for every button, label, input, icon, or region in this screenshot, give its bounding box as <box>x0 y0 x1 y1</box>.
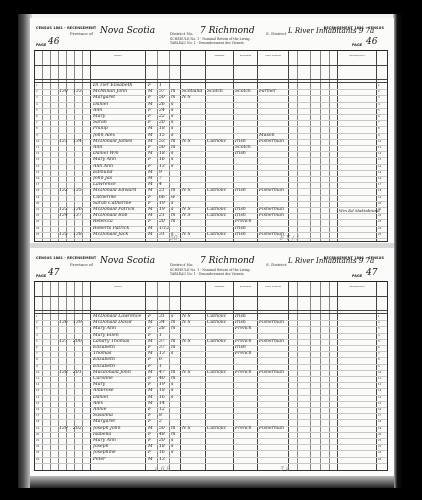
sex-cell: F <box>148 201 157 207</box>
age-cell: 1/12 <box>159 226 169 232</box>
sex-cell: F <box>148 432 157 438</box>
family-number-cell: 137 <box>73 213 85 219</box>
person-name-cell: Rebecca <box>93 219 145 225</box>
row-number: 17 <box>378 413 381 419</box>
row-number: 20 <box>378 432 381 438</box>
sex-cell: F <box>148 376 157 382</box>
sex-cell: F <box>148 450 157 456</box>
person-name-cell: Isabella <box>93 432 145 438</box>
row-number-left: 24 <box>36 457 39 463</box>
row-number: 9 <box>378 133 380 139</box>
province-value: Nova Scotia <box>100 256 155 266</box>
family-number-cell: 135 <box>73 188 85 194</box>
table-row: PeterM132424 <box>35 457 387 464</box>
person-name-cell: Alex <box>93 401 145 407</box>
marital-status-cell: s <box>171 151 180 157</box>
occupation-cell: Fisherman <box>259 320 288 326</box>
age-cell: 47 <box>159 370 169 376</box>
sex-cell: M <box>148 444 157 450</box>
row-number-left: 9 <box>36 364 38 370</box>
marital-status-cell: s <box>171 382 180 388</box>
person-name-cell: Susanna <box>93 413 145 419</box>
dwelling-number-cell: 139 <box>59 426 71 432</box>
marital-status-cell: m <box>171 320 180 326</box>
sex-cell: M <box>148 188 157 194</box>
marital-status-cell: m <box>171 339 180 345</box>
row-number: 24 <box>378 457 381 463</box>
row-number-left: 2 <box>36 89 38 95</box>
birthplace-cell: N S <box>182 426 204 432</box>
religion-origin-cell: Catholic <box>207 232 233 238</box>
row-number: 7 <box>378 351 380 357</box>
marital-status-cell: m <box>171 213 180 219</box>
person-name-cell: Landry Thomas <box>93 339 145 345</box>
person-name-cell: Elizabeth <box>93 364 145 370</box>
person-name-cell: Margaret <box>93 419 145 425</box>
origin-cell: French <box>235 426 257 432</box>
sex-cell: F <box>148 407 157 413</box>
page-number-right: 46 <box>366 37 377 47</box>
row-number-left: 7 <box>36 351 38 357</box>
person-name-cell: Roberts Patrick <box>93 226 145 232</box>
age-cell: 53 <box>159 139 169 145</box>
row-number-left: 21 <box>36 438 39 444</box>
row-number-left: 6 <box>36 345 38 351</box>
page-label-right: PAGE <box>352 43 362 47</box>
sex-cell: M <box>148 102 157 108</box>
marital-status-cell: s <box>171 114 180 120</box>
row-number: 8 <box>378 126 380 132</box>
marital-status-cell: s <box>171 207 180 213</box>
column-header-origin: ORIGINE <box>206 286 233 289</box>
age-cell: 50 <box>159 426 169 432</box>
age-cell: 15 <box>159 133 169 139</box>
sex-cell: M <box>148 401 157 407</box>
footer-mark: 3 4 <box>280 466 290 473</box>
sex-cell: M <box>148 207 157 213</box>
age-cell: 20 <box>159 120 169 126</box>
origin-cell: Irish <box>235 188 257 194</box>
column-header-occupation: PROFESSION <box>258 55 288 58</box>
sex-cell: F <box>148 157 157 163</box>
row-number-left: 3 <box>36 95 38 101</box>
row-number: 20 <box>378 201 381 207</box>
marital-status-cell: s <box>171 450 180 456</box>
row-number: 9 <box>378 364 380 370</box>
birthplace-cell: N S <box>182 207 204 213</box>
person-name-cell: Catherine <box>93 195 145 201</box>
sex-cell: M <box>148 320 157 326</box>
sex-cell: M <box>148 339 157 345</box>
row-number-left: 4 <box>36 333 38 339</box>
dwelling-number-cell: 135 <box>59 232 71 238</box>
province-label: Province of <box>70 31 93 36</box>
age-cell: 37 <box>159 345 169 351</box>
row-number-left: 11 <box>36 145 39 151</box>
origin-cell: Irish <box>235 345 257 351</box>
origin-cell: Irish <box>235 314 257 320</box>
sex-cell: F <box>148 364 157 370</box>
row-number-left: 12 <box>36 151 39 157</box>
row-number: 10 <box>378 139 381 145</box>
marital-status-cell: s <box>171 388 180 394</box>
marital-status-cell: m <box>171 95 180 101</box>
census-table: NOMS ORIGINE RELIGION PROFESSION REMARQU… <box>34 281 388 471</box>
age-cell: 40 <box>159 376 169 382</box>
page-label-left: PAGE <box>36 274 46 278</box>
person-name-cell: Ann <box>93 108 145 114</box>
origin-cell: Scotch <box>235 89 257 95</box>
marital-status-cell: m <box>171 145 180 151</box>
sex-cell: M <box>148 126 157 132</box>
age-cell: 48 <box>159 432 169 438</box>
row-number: 13 <box>378 388 381 394</box>
marital-status-cell: s <box>171 351 180 357</box>
person-name-cell: John Alex <box>93 133 145 139</box>
row-number: 12 <box>378 382 381 388</box>
column-header-remarks: REMARQUES <box>338 286 376 289</box>
row-number: 23 <box>378 219 381 225</box>
row-number: 19 <box>378 426 381 432</box>
birthplace-cell: N S <box>182 188 204 194</box>
person-name-cell: McDonald James <box>93 139 145 145</box>
person-name-cell: Annie <box>93 407 145 413</box>
age-cell: 14 <box>159 401 169 407</box>
sex-cell: F <box>148 357 157 363</box>
birthplace-cell: N S <box>182 139 204 145</box>
age-cell: 1 <box>159 333 169 339</box>
sex-cell: M <box>148 213 157 219</box>
sex-cell: F <box>148 345 157 351</box>
age-cell: 20 <box>159 438 169 444</box>
person-name-cell: McDonald David <box>93 320 145 326</box>
person-name-cell: Edmund <box>93 170 145 176</box>
row-number-left: 19 <box>36 195 39 201</box>
sex-cell: F <box>148 333 157 339</box>
dwelling-number-cell: 131 <box>59 139 71 145</box>
birthplace-cell: N S <box>182 95 204 101</box>
marital-status-cell: m <box>171 188 180 194</box>
row-number-left: 14 <box>36 395 39 401</box>
occupation-cell: Fisherman <box>259 426 288 432</box>
age-cell: 1 <box>159 364 169 370</box>
sex-cell: F <box>148 114 157 120</box>
row-number: 2 <box>378 320 380 326</box>
age-cell: 1 <box>159 83 169 89</box>
religion-origin-cell: Catholic <box>207 188 233 194</box>
column-header-occupation: PROFESSION <box>258 286 288 289</box>
birthplace-cell: N S <box>182 339 204 345</box>
sex-cell: M <box>148 89 157 95</box>
age-cell: 21 <box>159 213 169 219</box>
sex-cell: M <box>148 395 157 401</box>
age-cell: 28 <box>159 326 169 332</box>
footer-mark: F Y / 1 <box>280 235 300 242</box>
age-cell: 4 <box>159 182 169 188</box>
district-label: District No. <box>170 262 194 267</box>
person-name-cell: Lawrence <box>93 182 145 188</box>
row-number: 5 <box>378 108 380 114</box>
person-name-cell: Mary Ann <box>93 157 145 163</box>
row-number-left: 20 <box>36 432 39 438</box>
row-number-left: 8 <box>36 126 38 132</box>
person-name-cell: Thomas <box>93 351 145 357</box>
sex-cell: M <box>148 351 157 357</box>
row-number-left: 4 <box>36 102 38 108</box>
person-name-cell: Mary <box>93 382 145 388</box>
table-row: 135138McDonald JackM31sN SCatholicIrishF… <box>35 232 387 239</box>
birthplace-cell: Scotland <box>182 89 204 95</box>
row-number-left: 6 <box>36 114 38 120</box>
person-name-cell: Mary Ann <box>93 326 145 332</box>
census-header-left: CENSUS 1881 - RECENSEMENT <box>36 256 96 260</box>
column-header-origin: ORIGINE <box>206 55 233 58</box>
age-cell: 19 <box>159 201 169 207</box>
row-number-left: 8 <box>36 357 38 363</box>
row-number: 22 <box>378 213 381 219</box>
row-number: 3 <box>378 326 380 332</box>
family-number-cell: 200 <box>73 339 85 345</box>
row-number: 2 <box>378 89 380 95</box>
marital-status-cell: m <box>171 432 180 438</box>
marital-status-cell: s <box>171 314 180 320</box>
person-name-cell: Mary Ann <box>93 438 145 444</box>
origin-cell: French <box>235 326 257 332</box>
person-name-cell: Di Tier Elisabeth <box>93 83 145 89</box>
row-number-left: 16 <box>36 407 39 413</box>
row-number-left: 7 <box>36 120 38 126</box>
row-number-left: 21 <box>36 207 39 213</box>
census-sheet-page-46: CENSUS 1881 - RECENSEMENT RECENSEMENT 18… <box>30 18 394 243</box>
row-number: 18 <box>378 188 381 194</box>
age-cell: 9 <box>159 170 169 176</box>
age-cell: 31 <box>159 232 169 238</box>
page-number-right: 47 <box>366 268 377 278</box>
page-label-left: PAGE <box>36 43 46 47</box>
birthplace-cell: N S <box>182 213 204 219</box>
person-name-cell: Daniel <box>93 395 145 401</box>
column-header-names: NOMS <box>91 286 145 289</box>
marital-status-cell: s <box>171 102 180 108</box>
scan-bottom-edge <box>30 476 394 488</box>
religion-origin-cell: Catholic <box>207 370 233 376</box>
age-cell: 18 <box>159 388 169 394</box>
age-cell: 8 <box>159 413 169 419</box>
row-number-left: 22 <box>36 213 39 219</box>
subdistrict-label: S. District <box>266 31 286 36</box>
origin-cell: French <box>235 339 257 345</box>
subdistrict-value: L River Inhabitants 9 7a <box>288 27 374 35</box>
district-label: District No. <box>170 31 194 36</box>
dwelling-number-cell: 136 <box>59 320 71 326</box>
origin-cell: French <box>235 351 257 357</box>
row-number-left: 1 <box>36 314 38 320</box>
sex-cell: M <box>148 133 157 139</box>
dwelling-number-cell: 137 <box>59 339 71 345</box>
person-name-cell: McDonald Lawrence <box>93 314 145 320</box>
marital-status-cell: s <box>171 395 180 401</box>
origin-cell: Irish <box>235 213 257 219</box>
row-number-left: 23 <box>36 450 39 456</box>
occupation-cell: Fisherman <box>259 207 288 213</box>
dwelling-number-cell: 133 <box>59 207 71 213</box>
age-cell: 31 <box>159 314 169 320</box>
row-number: 12 <box>378 151 381 157</box>
marital-status-cell: m <box>171 376 180 382</box>
age-cell: 24 <box>159 108 169 114</box>
remark-cell: Wm Ed Maktabrand <box>339 207 380 214</box>
age-cell: 19 <box>159 207 169 213</box>
marital-status-cell: m <box>171 370 180 376</box>
marital-status-cell: s <box>171 164 180 170</box>
row-number: 17 <box>378 182 381 188</box>
person-name-cell: Mary Ellen <box>93 333 145 339</box>
sex-cell: F <box>148 195 157 201</box>
row-number-left: 9 <box>36 133 38 139</box>
row-number-left: 5 <box>36 339 38 345</box>
sex-cell: M <box>148 182 157 188</box>
person-name-cell: Sarah Catherine <box>93 201 145 207</box>
subdistrict-label: S. District <box>266 262 286 267</box>
age-cell: 16 <box>159 450 169 456</box>
row-number-left: 10 <box>36 139 39 145</box>
marital-status-cell: m <box>171 326 180 332</box>
row-number-left: 25 <box>36 232 39 238</box>
marital-status-cell: m <box>171 345 180 351</box>
origin-cell: French <box>235 370 257 376</box>
age-cell: 50 <box>159 95 169 101</box>
age-cell: 20 <box>159 219 169 225</box>
row-number-left: 22 <box>36 444 39 450</box>
age-cell: 22 <box>159 114 169 120</box>
row-number-left: 13 <box>36 157 39 163</box>
origin-cell: Scotch <box>235 145 257 151</box>
occupation-cell: Fisherman <box>259 139 288 145</box>
sex-cell: F <box>148 314 157 320</box>
person-name-cell: Ann <box>93 145 145 151</box>
census-header-left: CENSUS 1881 - RECENSEMENT <box>36 26 96 30</box>
marital-status-cell: s <box>171 133 180 139</box>
column-header-remarks: REMARQUES <box>338 55 376 58</box>
row-number: 4 <box>378 102 380 108</box>
row-number-left: 18 <box>36 419 39 425</box>
sex-cell: F <box>148 413 157 419</box>
person-name-cell: Elizabeth <box>93 357 145 363</box>
row-number: 14 <box>378 164 381 170</box>
person-name-cell: Elizabeth <box>93 345 145 351</box>
person-name-cell: Daniel Wm <box>93 151 145 157</box>
age-cell: 34 <box>159 320 169 326</box>
person-name-cell: McDonald Edward <box>93 188 145 194</box>
family-number-cell: 138 <box>73 232 85 238</box>
page-number-left: 47 <box>48 268 59 278</box>
row-number: 19 <box>378 195 381 201</box>
row-number-left: 23 <box>36 219 39 225</box>
sex-cell: M <box>148 226 157 232</box>
scan-binding-edge <box>393 14 407 488</box>
sex-cell: F <box>148 145 157 151</box>
marital-status-cell: m <box>171 426 180 432</box>
row-number-left: 11 <box>36 376 39 382</box>
dwelling-number-cell: 130 <box>59 89 71 95</box>
sex-cell: M <box>148 151 157 157</box>
sex-cell: F <box>148 83 157 89</box>
sex-cell: F <box>148 419 157 425</box>
schedule-fr: TABLEAU No. 1 - Denombrement des Vivants… <box>170 41 245 45</box>
row-number-left: 16 <box>36 176 39 182</box>
row-number-left: 14 <box>36 164 39 170</box>
age-cell: 57 <box>159 89 169 95</box>
district-value: 7 Richmond <box>200 256 255 266</box>
row-number-left: 5 <box>36 108 38 114</box>
row-number-left: 15 <box>36 170 39 176</box>
birthplace-cell: N S <box>182 320 204 326</box>
province-label: Province of <box>70 262 93 267</box>
person-name-cell: Phillip <box>93 126 145 132</box>
row-number-left: 12 <box>36 382 39 388</box>
origin-cell: French <box>235 219 257 225</box>
sex-cell: M <box>148 457 157 463</box>
dwelling-number-cell: 132 <box>59 188 71 194</box>
sex-cell: M <box>148 139 157 145</box>
person-name-cell: McDonald Rob <box>93 213 145 219</box>
district-value: 7 Richmond <box>200 26 255 36</box>
person-name-cell: Peter <box>93 457 145 463</box>
schedule-fr: TABLEAU No. 1 - Denombrement des Vivants… <box>170 272 245 276</box>
occupation-cell: Mason <box>259 133 288 139</box>
age-cell: 26 <box>159 102 169 108</box>
subdistrict-value: L River Inhabitants 9 7a <box>288 257 374 265</box>
family-number-cell: 136 <box>73 207 85 213</box>
person-name-cell: Joseph <box>93 444 145 450</box>
person-name-cell: Josephine <box>93 450 145 456</box>
birthplace-cell: N S <box>182 370 204 376</box>
religion-origin-cell: Catholic <box>207 207 233 213</box>
marital-status-cell: m <box>171 139 180 145</box>
sex-cell: F <box>148 219 157 225</box>
page-label-right: PAGE <box>352 274 362 278</box>
origin-cell: Irish <box>235 151 257 157</box>
religion-origin-cell: Scotch <box>207 89 233 95</box>
occupation-cell: Fisherman <box>259 370 288 376</box>
age-cell: 13 <box>159 457 169 463</box>
row-number: 3 <box>378 95 380 101</box>
census-table: NOMS ORIGINE RELIGION PROFESSION REMARQU… <box>34 50 388 242</box>
origin-cell: Irish <box>235 226 257 232</box>
row-number: 5 <box>378 339 380 345</box>
sex-cell: F <box>148 326 157 332</box>
person-name-cell: Sarah <box>93 120 145 126</box>
row-number: 11 <box>378 376 381 382</box>
marital-status-cell: s <box>171 108 180 114</box>
column-header-religion: RELIGION <box>234 55 257 58</box>
row-number-left: 15 <box>36 401 39 407</box>
family-number-cell: 133 <box>73 89 85 95</box>
dwelling-number-cell: 134 <box>59 213 71 219</box>
row-number: 15 <box>378 401 381 407</box>
age-cell: 37 <box>159 339 169 345</box>
sex-cell: F <box>148 382 157 388</box>
age-cell: 50 <box>159 145 169 151</box>
sex-cell: M <box>148 176 157 182</box>
marital-status-cell: s <box>171 126 180 132</box>
sex-cell: F <box>148 95 157 101</box>
person-name-cell: John Jas <box>93 176 145 182</box>
person-name-cell: Mary <box>93 114 145 120</box>
birthplace-cell: N S <box>182 232 204 238</box>
row-number: 25 <box>378 232 381 238</box>
row-number-left: 1 <box>36 83 38 89</box>
